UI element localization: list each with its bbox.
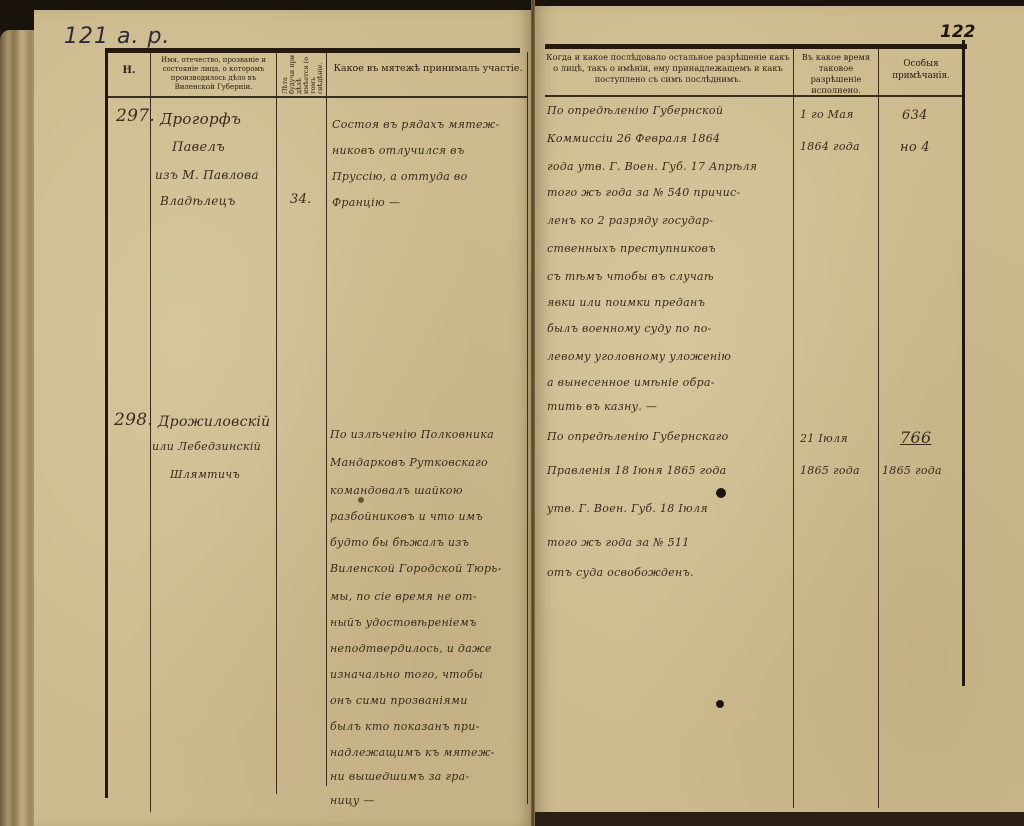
- header-bottom-rule-left: [108, 96, 528, 98]
- header-executed: Въ какое время таковое разрѣшеніе исполн…: [796, 52, 876, 96]
- resolution-line: утв. Г. Воен. Губ. 18 Іюля: [547, 502, 708, 515]
- name-line: Дрожиловскій: [158, 414, 271, 430]
- row-number: 297.: [116, 106, 155, 126]
- participation-line: надлежащимъ къ мятеж-: [330, 746, 495, 759]
- left-frame-line: [105, 48, 108, 798]
- top-rule-right: [545, 44, 967, 49]
- resolution-line: ленъ ко 2 разряду государ-: [547, 214, 713, 227]
- header-name: Имя, отечество, прозваніе и состояніе ли…: [153, 56, 274, 92]
- resolution-line: съ тѣмъ чтобы въ случаѣ: [547, 270, 714, 283]
- resolution-line: По опредѣленію Губернскаго: [547, 430, 729, 443]
- top-rule-left: [108, 48, 520, 53]
- header-participation: Какое въ мятежѣ принималъ участіе.: [330, 64, 526, 74]
- resolution-line: былъ военному суду по по-: [547, 322, 712, 335]
- book-gutter: [531, 0, 535, 826]
- paper-hole: [716, 700, 724, 708]
- resolution-line: а вынесенное имѣніе обра-: [547, 376, 715, 389]
- participation-line: По излѣченію Полковника: [330, 428, 494, 441]
- notes-line: 1865 года: [882, 464, 942, 477]
- notes-line: но 4: [900, 140, 930, 155]
- col-divider: [793, 48, 794, 808]
- participation-line: ницу —: [330, 794, 375, 807]
- participation-line: изначально того, чтобы: [330, 668, 483, 681]
- header-bottom-rule-right: [545, 95, 965, 97]
- participation-line: Францію —: [332, 196, 400, 209]
- name-line: Шлямтичъ: [170, 468, 240, 481]
- participation-line: ни вышедшимъ за гра-: [330, 770, 469, 783]
- right-frame-line: [962, 40, 965, 686]
- paper-stain: [358, 497, 364, 503]
- participation-line: будто бы бѣжалъ изъ: [330, 536, 469, 549]
- name-line: изъ М. Павлова: [155, 168, 259, 182]
- resolution-line: левому уголовному уложенію: [547, 350, 731, 363]
- header-resolution: Когда и какое послѣдовало остальное разр…: [545, 52, 791, 85]
- executed-line: 1 го Мая: [800, 108, 854, 121]
- right-folio-number: 122: [940, 22, 976, 42]
- executed-line: 1865 года: [800, 464, 860, 477]
- header-years: Лѣта будучи при дѣлѣ имѣется (о томъ свѣ…: [282, 54, 322, 94]
- participation-line: неподтвердилось, и даже: [330, 642, 492, 655]
- row-number: 298.: [114, 410, 153, 430]
- name-line: или Лебедзинскій: [152, 440, 261, 453]
- participation-line: ныйъ удостовѣреніемъ: [330, 616, 477, 629]
- participation-line: Виленской Городской Тюрь-: [330, 562, 502, 575]
- resolution-line: Правленія 18 Іюня 1865 года: [547, 464, 727, 477]
- years-value: 34.: [290, 192, 312, 207]
- participation-line: Состоя въ рядахъ мятеж-: [332, 118, 500, 131]
- resolution-line: года утв. Г. Воен. Губ. 17 Апрѣля: [547, 160, 757, 173]
- open-register-book: 121 а. р. 122 Н. Имя, отечество, прозван…: [0, 0, 1024, 826]
- resolution-line: ственныхъ преступниковъ: [547, 242, 716, 255]
- resolution-line: того жъ года за № 540 причис-: [547, 186, 740, 199]
- col-divider: [878, 48, 879, 808]
- resolution-line: По опредѣленію Губернской: [547, 104, 723, 117]
- participation-line: Пруссію, а оттуда во: [332, 170, 468, 183]
- resolution-line: тить въ казну. —: [547, 400, 657, 413]
- participation-line: мы, по сіе время не от-: [330, 590, 477, 603]
- participation-line: былъ кто показанъ при-: [330, 720, 480, 733]
- resolution-line: того жъ года за № 511: [547, 536, 690, 549]
- name-line: Владѣлецъ: [160, 194, 236, 208]
- participation-line: никовъ отлучился въ: [332, 144, 465, 157]
- resolution-line: Коммиссіи 26 Февраля 1864: [547, 132, 720, 145]
- executed-line: 21 Іюля: [800, 432, 848, 445]
- col-divider: [326, 52, 327, 786]
- participation-line: Мандарковъ Рутковскаго: [330, 456, 488, 469]
- left-folio-number: 121 а. р.: [64, 24, 170, 49]
- participation-line: онъ сими прозваніями: [330, 694, 468, 707]
- col-divider: [150, 52, 151, 812]
- executed-line: 1864 года: [800, 140, 860, 153]
- paper-hole: [716, 488, 726, 498]
- notes-line: 634: [902, 108, 928, 123]
- header-number: Н.: [110, 66, 148, 76]
- notes-line: 766: [900, 428, 931, 447]
- header-notes: Особыя примѣчанія.: [881, 58, 961, 82]
- right-page: [534, 6, 1024, 826]
- resolution-line: явки или поимки преданъ: [547, 296, 705, 309]
- name-line: Дрогорфъ: [160, 110, 241, 128]
- participation-line: разбойниковъ и что имъ: [330, 510, 483, 523]
- participation-line: командовалъ шайкою: [330, 484, 463, 497]
- col-divider: [276, 52, 277, 794]
- resolution-line: отъ суда освобожденъ.: [547, 566, 694, 579]
- name-line: Павелъ: [172, 140, 225, 155]
- col-divider: [527, 52, 528, 804]
